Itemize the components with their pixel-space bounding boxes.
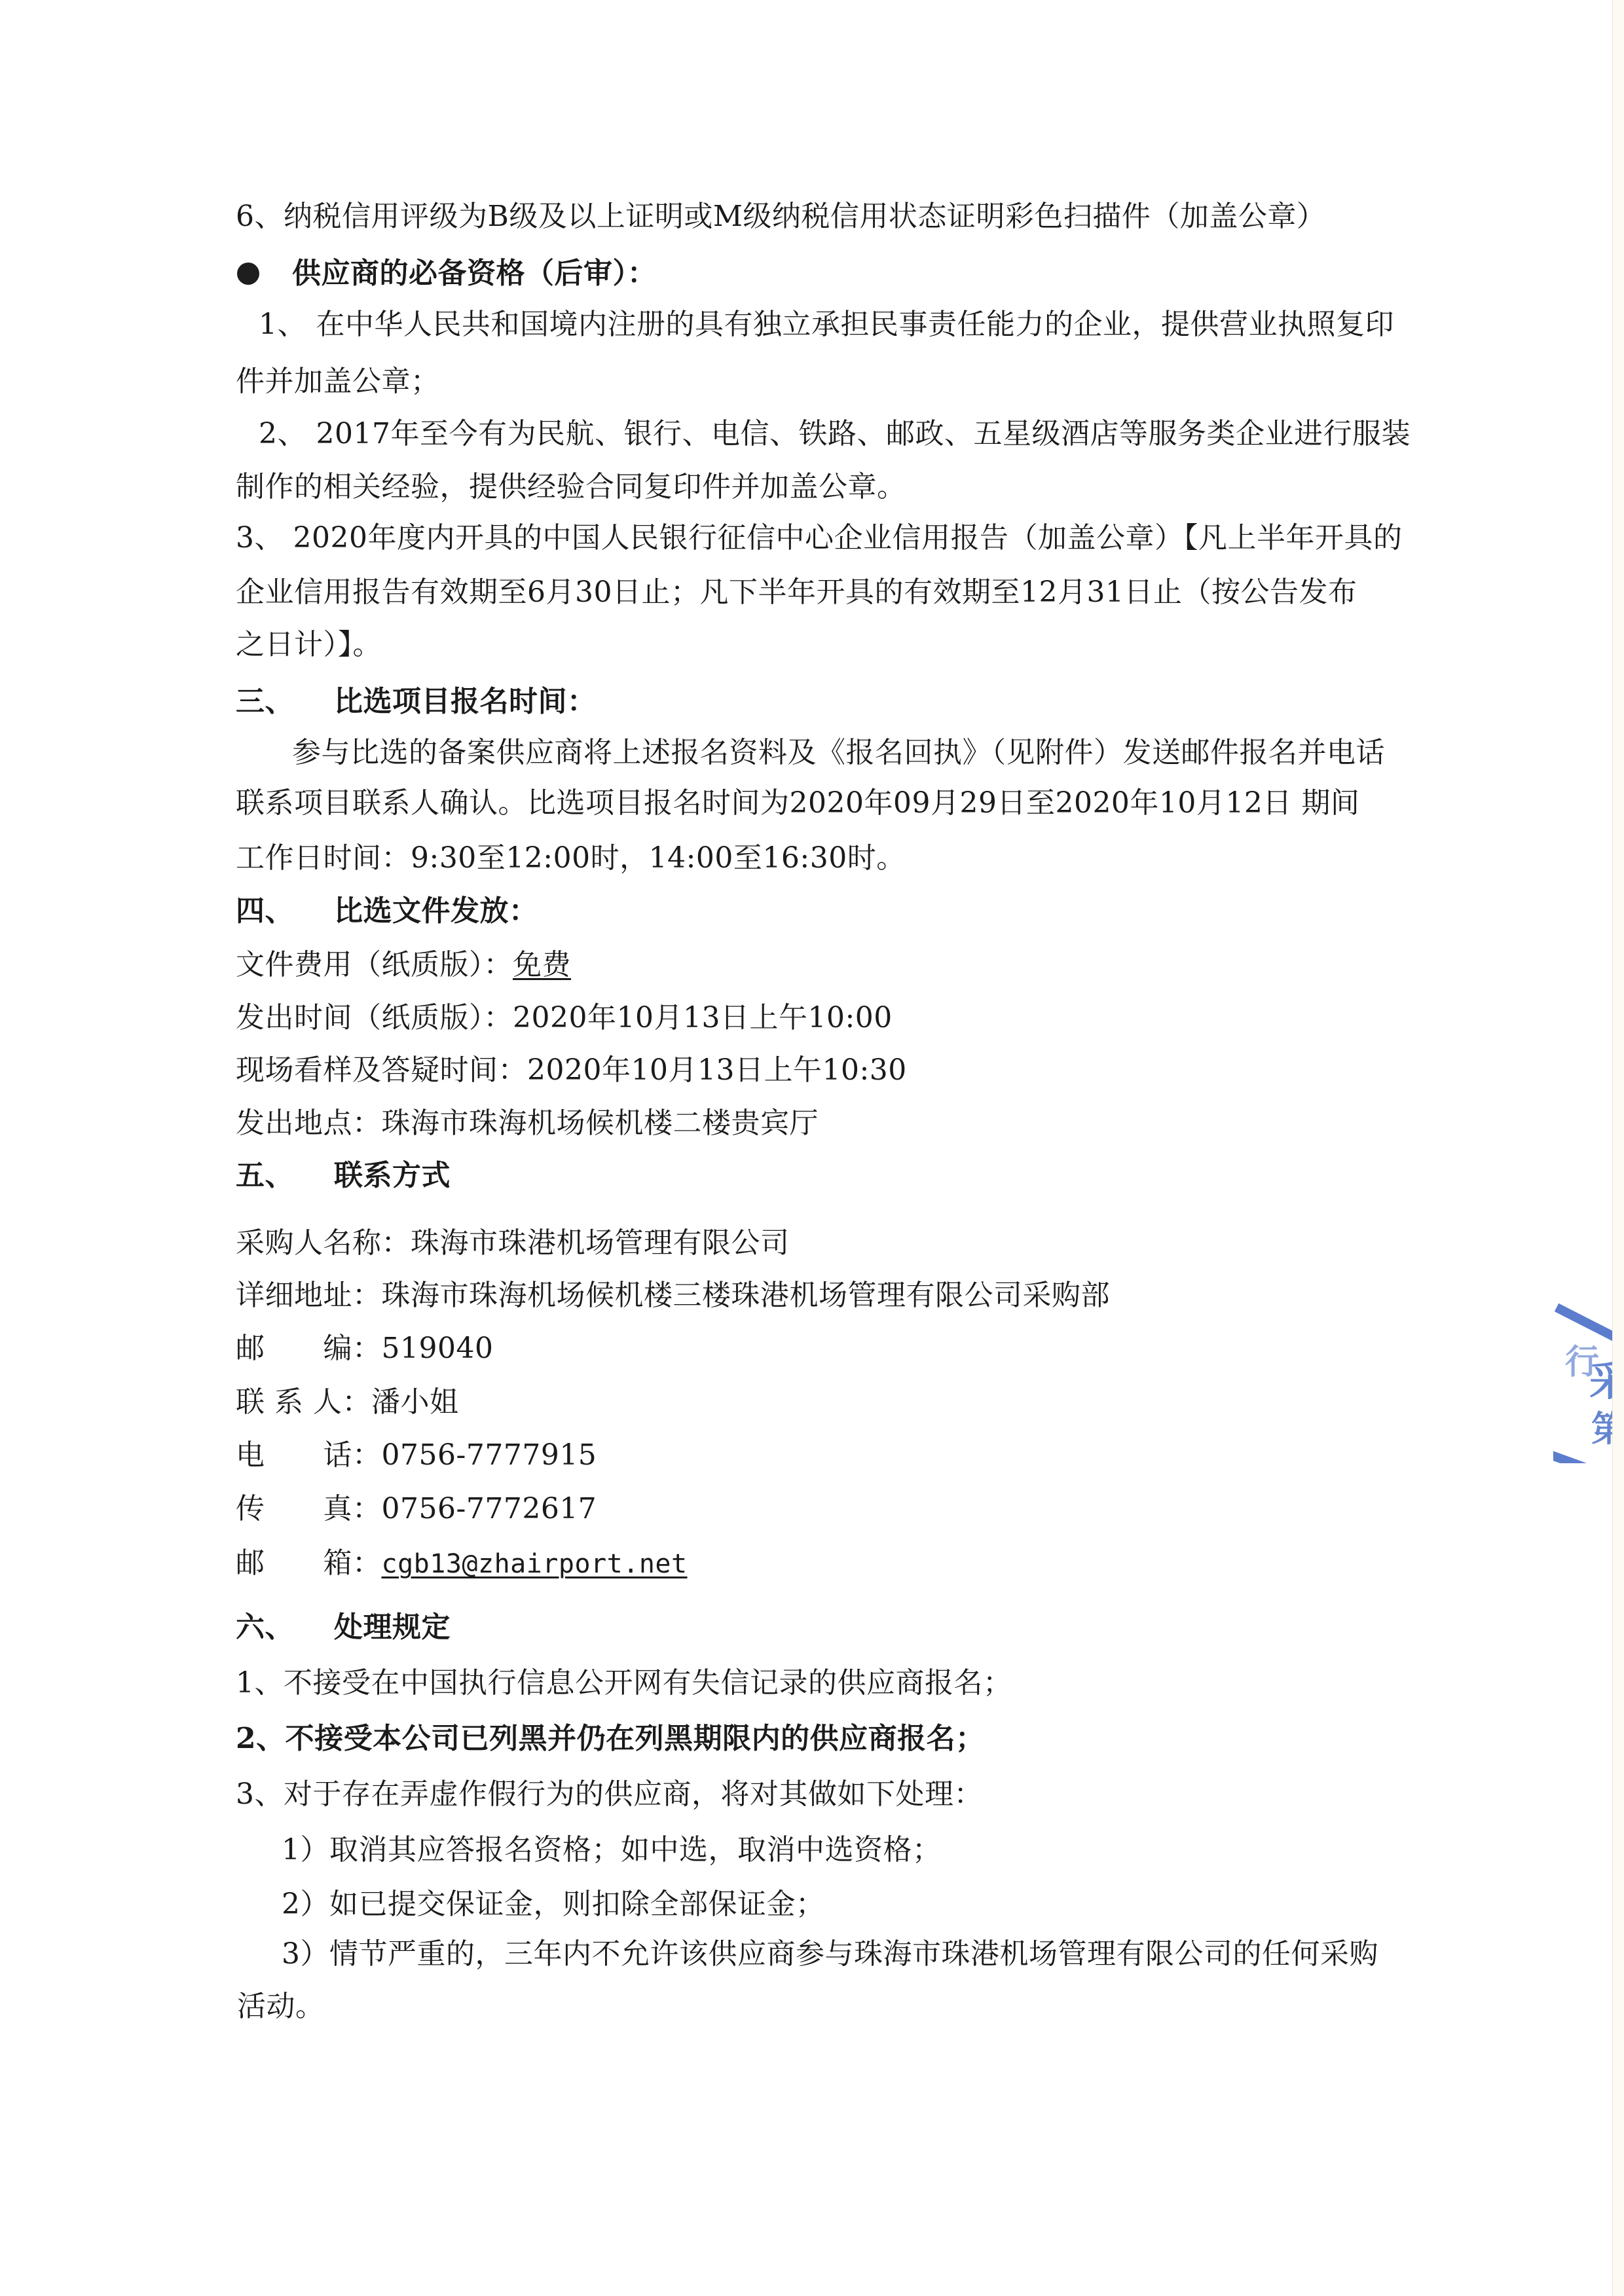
section-6-title: 处理规定 xyxy=(334,1611,451,1644)
contact-email: 邮 箱：cgb13@zhairport.net xyxy=(236,1545,688,1582)
section-3-heading: 三、比选项目报名时间： xyxy=(236,683,597,720)
contact-address: 详细地址：珠海市珠海机场候机楼三楼珠港机场管理有限公司采购部 xyxy=(236,1277,1110,1314)
qualification-item-3-cont: 企业信用报告有效期至6月30日止；凡下半年开具的有效期至12月31日止（按公告发… xyxy=(236,574,1357,611)
rule-item-2: 2、不接受本公司已列黑并仍在列黑期限内的供应商报名； xyxy=(236,1721,985,1757)
qualification-item-1-cont: 件并加盖公章； xyxy=(236,363,440,400)
rule-item-1: 1、不接受在中国执行信息公开网有失信记录的供应商报名； xyxy=(236,1665,1012,1702)
postcode-label: 邮 编： xyxy=(236,1332,382,1365)
scan-page-edge xyxy=(1612,0,1624,2296)
phone-label: 电 话： xyxy=(236,1438,382,1472)
site-inspection-time: 现场看样及答疑时间：2020年10月13日上午10:30 xyxy=(236,1052,907,1089)
stamp-border-bottom xyxy=(1553,1450,1615,1463)
document-fee-label: 文件费用（纸质版）： xyxy=(236,948,513,981)
contact-fax: 传 真：0756-7772617 xyxy=(236,1491,597,1527)
fax-label: 传 真： xyxy=(236,1492,382,1525)
issue-location: 发出地点：珠海市珠海机场候机楼二楼贵宾厅 xyxy=(236,1105,819,1142)
registration-paragraph-line-1: 参与比选的备案供应商将上述报名资料及《报名回执》（见附件）发送邮件报名并电话 xyxy=(292,735,1385,771)
postcode-value: 519040 xyxy=(382,1332,494,1365)
section-5-heading: 五、联系方式 xyxy=(236,1157,451,1194)
rule-item-3: 3、对于存在弄虚作假行为的供应商，将对其做如下处理： xyxy=(236,1776,983,1813)
bullet-icon xyxy=(237,263,259,285)
section-5-number: 五、 xyxy=(236,1157,334,1194)
qualification-item-2-cont: 制作的相关经验，提供经验合同复印件并加盖公章。 xyxy=(236,469,906,505)
section-3-number: 三、 xyxy=(236,683,334,720)
section-5-title: 联系方式 xyxy=(334,1159,451,1192)
person-label: 联 系 人： xyxy=(236,1385,371,1419)
issue-time: 发出时间（纸质版）：2020年10月13日上午10:00 xyxy=(236,1000,893,1036)
registration-paragraph-line-3: 工作日时间：9:30至12:00时，14:00至16:30时。 xyxy=(236,840,906,877)
address-label: 详细地址： xyxy=(236,1279,382,1312)
buyer-label: 采购人名称： xyxy=(236,1226,411,1260)
contact-phone: 电 话：0756-7777915 xyxy=(236,1437,597,1474)
address-value: 珠海市珠海机场候机楼三楼珠港机场管理有限公司采购部 xyxy=(382,1279,1111,1312)
section-6-number: 六、 xyxy=(236,1609,334,1646)
qualification-item-3: 3、 2020年度内开具的中国人民银行征信中心企业信用报告（加盖公章）【凡上半年… xyxy=(236,520,1402,556)
email-link[interactable]: cgb13@zhairport.net xyxy=(382,1549,688,1579)
section-6-heading: 六、处理规定 xyxy=(236,1609,451,1646)
phone-value: 0756-7777915 xyxy=(382,1438,597,1472)
document-fee-value: 免费 xyxy=(513,948,571,981)
penalty-item-3: 3）情节严重的，三年内不允许该供应商参与珠海市珠港机场管理有限公司的任何采购 xyxy=(282,1936,1378,1973)
document-fee: 文件费用（纸质版）：免费 xyxy=(236,947,571,983)
qualification-item-3-end: 之日计）】。 xyxy=(236,627,382,663)
penalty-item-3-cont: 活动。 xyxy=(237,1988,325,2025)
contact-person: 联 系 人：潘小姐 xyxy=(236,1384,458,1421)
qualification-item-1: 1、 在中华人民共和国境内注册的具有独立承担民事责任能力的企业，提供营业执照复印 xyxy=(259,306,1394,343)
contact-postcode: 邮 编：519040 xyxy=(236,1330,493,1367)
penalty-item-1: 1）取消其应答报名资格；如中选，取消中选资格； xyxy=(282,1832,942,1868)
person-value: 潘小姐 xyxy=(371,1385,459,1419)
section-4-title: 比选文件发放： xyxy=(334,894,538,928)
section-4-heading: 四、比选文件发放： xyxy=(236,893,538,930)
stamp-glyph-2: 采 xyxy=(1589,1347,1615,1408)
buyer-value: 珠海市珠港机场管理有限公司 xyxy=(411,1226,790,1260)
registration-paragraph-line-2: 联系项目联系人确认。比选项目报名时间为2020年09月29日至2020年10月1… xyxy=(236,785,1359,822)
section-4-number: 四、 xyxy=(236,893,334,930)
penalty-item-2: 2）如已提交保证金，则扣除全部保证金； xyxy=(282,1886,825,1923)
document-page: 6、纳税信用评级为B级及以上证明或M级纳税信用状态证明彩色扫描件（加盖公章） 供… xyxy=(0,0,1612,2296)
required-qualifications-heading: 供应商的必备资格（后审）： xyxy=(292,255,657,292)
section-3-title: 比选项目报名时间： xyxy=(334,685,597,718)
company-seal-stamp: 行 采 第 xyxy=(1553,1277,1615,1463)
contact-buyer: 采购人名称：珠海市珠港机场管理有限公司 xyxy=(236,1225,790,1262)
fax-value: 0756-7772617 xyxy=(382,1492,597,1525)
qualification-item-2: 2、 2017年至今有为民航、银行、电信、铁路、邮政、五星级酒店等服务类企业进行… xyxy=(259,416,1411,452)
email-label: 邮 箱： xyxy=(236,1546,382,1580)
requirement-item-6: 6、纳税信用评级为B级及以上证明或M级纳税信用状态证明彩色扫描件（加盖公章） xyxy=(236,198,1325,235)
